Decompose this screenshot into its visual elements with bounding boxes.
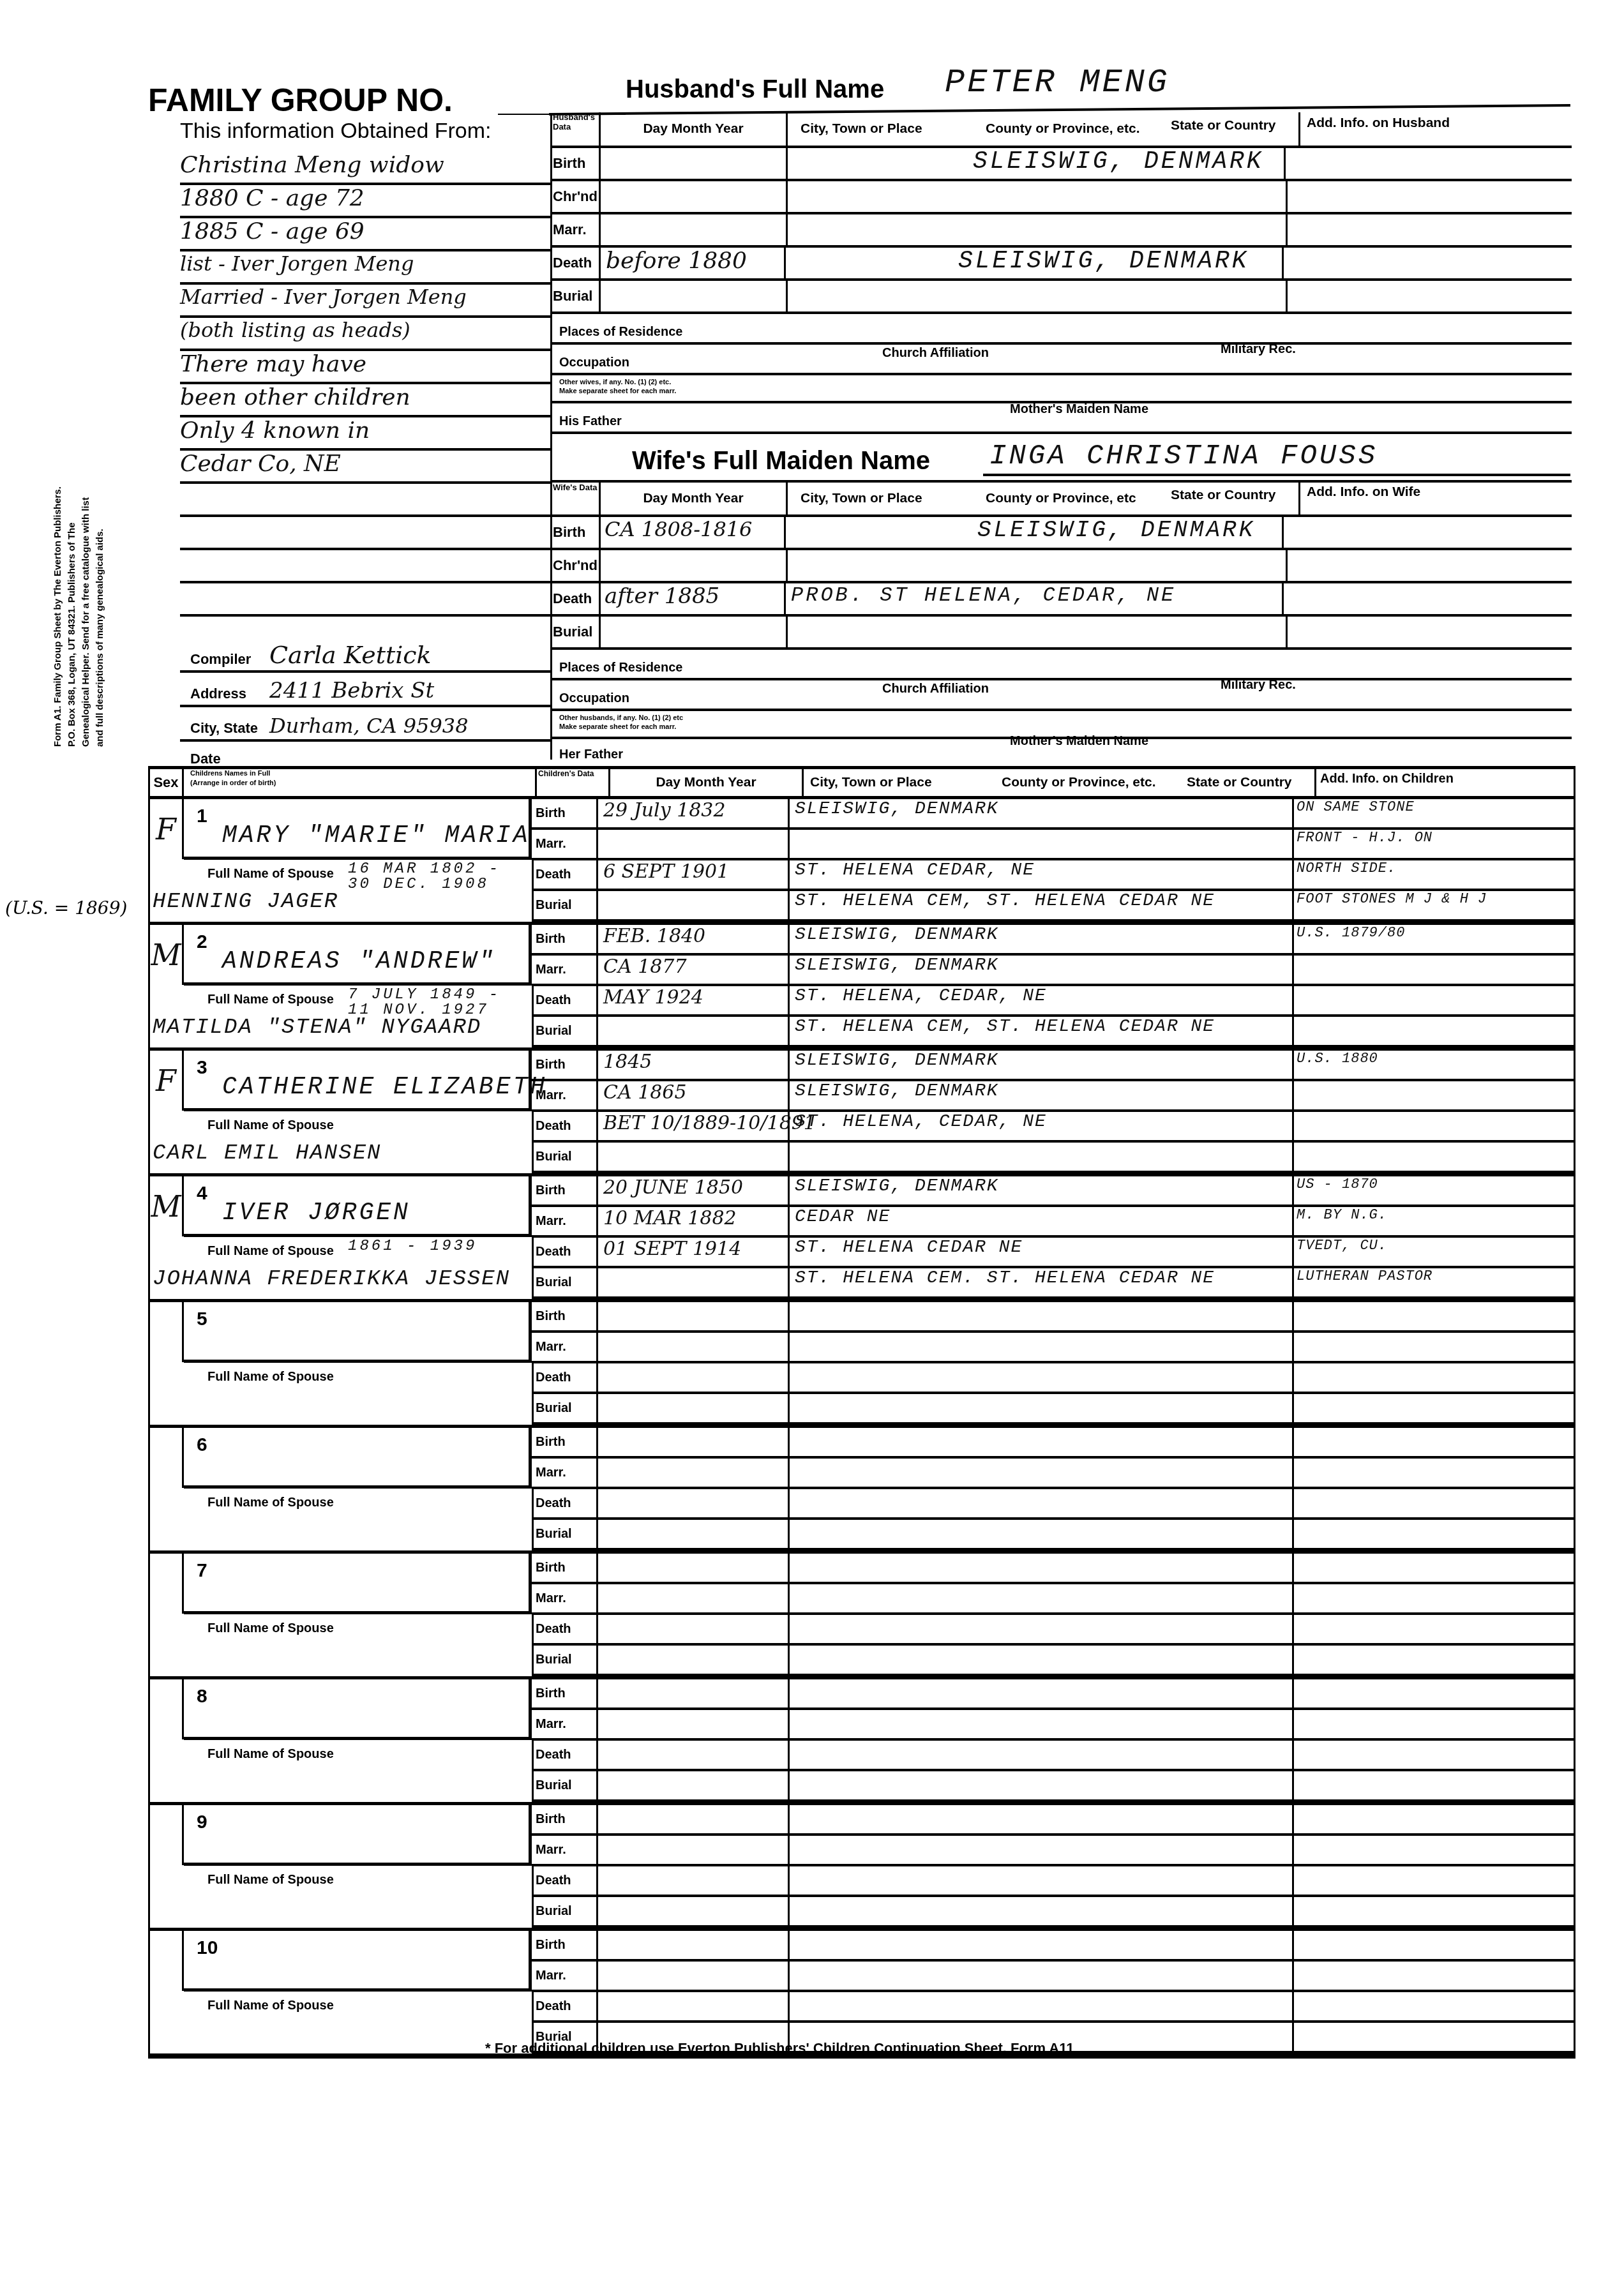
spouse-label: Full Name of Spouse [207, 867, 334, 882]
event-date[interactable]: FEB. 1840 [598, 925, 790, 953]
event-label: Death [532, 1238, 598, 1266]
child-event-row: Death BET 10/1889-10/1891 ST. HELENA, CE… [532, 1112, 1574, 1143]
col-info: Add. Info. on Husband [1300, 112, 1572, 146]
event-label: Death [532, 1615, 598, 1643]
event-date[interactable] [598, 1333, 790, 1361]
event-date[interactable] [598, 1679, 790, 1707]
child-sex[interactable]: F [150, 799, 182, 859]
event-label: Marr. [532, 1836, 598, 1864]
margin-note: (U.S. = 1869) [5, 897, 127, 919]
compiler-label: Compiler [190, 651, 251, 668]
event-info[interactable] [1294, 1394, 1574, 1422]
event-info[interactable]: FRONT - H.J. ON [1294, 830, 1574, 858]
husband-row-christening: Chr'nd [550, 181, 1572, 214]
event-label: Death [532, 1112, 598, 1140]
source-line[interactable]: 1885 C - age 69 [180, 218, 550, 251]
event-info[interactable] [1294, 1081, 1574, 1109]
child-number: 2 [197, 931, 207, 953]
event-label: Marr. [532, 956, 598, 984]
city-state-label: City, State [190, 720, 258, 737]
event-date[interactable] [598, 1363, 790, 1392]
event-place[interactable]: ST. HELENA CEM. ST. HELENA CEDAR NE [790, 1268, 1294, 1296]
col-info: Add. Info. on Children [1316, 769, 1574, 796]
child-event-row: Marr. [532, 1962, 1574, 1992]
source-line[interactable]: been other children [180, 384, 550, 417]
event-place[interactable] [790, 1741, 1294, 1769]
spouse-label: Full Name of Spouse [207, 1873, 334, 1887]
event-info[interactable]: NORTH SIDE. [1294, 860, 1574, 889]
event-date[interactable] [598, 1143, 790, 1171]
col-names: Childrens Names in Full [190, 769, 535, 779]
event-place[interactable]: SLEISWIG, DENMARK [790, 1051, 1294, 1079]
child-event-row: Death [532, 1489, 1574, 1520]
child-event-row: Burial [532, 1771, 1574, 1802]
event-place[interactable] [790, 1302, 1294, 1330]
col-city: City, Town or Place [788, 491, 986, 506]
event-label: Death [532, 1866, 598, 1895]
event-place[interactable] [790, 1363, 1294, 1392]
spouse-label: Full Name of Spouse [207, 1496, 334, 1510]
event-place[interactable] [790, 1554, 1294, 1582]
husband-row-burial: Burial [550, 281, 1572, 314]
child-entry-9: 9 Full Name of Spouse Birth Marr. Death … [150, 1805, 1574, 1931]
child-number: 8 [197, 1686, 207, 1707]
wife-residence-row[interactable]: Places of Residence [550, 650, 1572, 680]
event-place[interactable]: ST. HELENA, CEDAR, NE [790, 1112, 1294, 1140]
date-label: Date [190, 751, 221, 767]
child-event-row: Burial [532, 1520, 1574, 1550]
sources-list: Christina Meng widow 1880 C - age 72 188… [180, 152, 550, 617]
event-date[interactable] [598, 1710, 790, 1738]
address-value[interactable]: 2411 Bebrix St [269, 678, 434, 703]
event-info[interactable] [1294, 2023, 1574, 2051]
event-info[interactable] [1294, 1805, 1574, 1833]
event-info[interactable] [1294, 1143, 1574, 1171]
child-event-row: Burial ST. HELENA CEM, ST. HELENA CEDAR … [532, 891, 1574, 922]
event-place[interactable]: ST. HELENA CEDAR NE [790, 1238, 1294, 1266]
event-label: Marr. [532, 1962, 598, 1990]
event-info[interactable] [1294, 1771, 1574, 1799]
child-event-row: Birth [532, 1302, 1574, 1333]
event-date[interactable]: 29 July 1832 [598, 799, 790, 827]
form-title: FAMILY GROUP NO. [148, 82, 453, 119]
event-label: Burial [532, 1017, 598, 1045]
child-event-row: Birth [532, 1931, 1574, 1962]
event-label: Birth [532, 1428, 598, 1456]
event-label: Birth [532, 1805, 598, 1833]
event-info[interactable] [1294, 956, 1574, 984]
source-line[interactable]: list - Iver Jorgen Meng [180, 251, 550, 285]
spouse-name[interactable]: HENNING JAGER [153, 890, 338, 914]
child-number: 3 [197, 1057, 207, 1079]
event-place[interactable] [790, 1520, 1294, 1548]
child-entry-1: F 1 MARY "MARIE" MARIA Full Name of Spou… [150, 799, 1574, 925]
spouse-label: Full Name of Spouse [207, 1999, 334, 2013]
husband-parents-row[interactable]: His Father Mother's Maiden Name [550, 403, 1572, 434]
event-place[interactable] [790, 1489, 1294, 1517]
event-date[interactable] [598, 1394, 790, 1422]
event-date[interactable] [598, 1805, 790, 1833]
spouse-label: Full Name of Spouse [207, 1621, 334, 1636]
source-line[interactable]: Married - Iver Jorgen Meng [180, 285, 550, 318]
husband-other-wives-row[interactable]: Other wives, if any. No. (1) (2) etc. Ma… [550, 375, 1572, 403]
event-label: Burial [532, 1646, 598, 1674]
event-info[interactable] [1294, 1836, 1574, 1864]
husband-residence-row[interactable]: Places of Residence [550, 314, 1572, 345]
child-event-row: Death 01 SEPT 1914 ST. HELENA CEDAR NE T… [532, 1238, 1574, 1268]
event-info[interactable] [1294, 1710, 1574, 1738]
event-place[interactable]: ST. HELENA, CEDAR, NE [790, 986, 1294, 1014]
wife-name-label: Wife's Full Maiden Name [632, 447, 930, 476]
event-date[interactable]: CA 1877 [598, 956, 790, 984]
child-sex[interactable]: M [150, 1176, 182, 1236]
child-event-row: Burial [532, 1143, 1574, 1173]
child-entry-5: 5 Full Name of Spouse Birth Marr. Death … [150, 1302, 1574, 1428]
event-info[interactable] [1294, 1897, 1574, 1925]
child-event-row: Birth [532, 1805, 1574, 1836]
event-place[interactable] [790, 1615, 1294, 1643]
event-place[interactable]: CEDAR NE [790, 1207, 1294, 1235]
child-event-row: Birth 29 July 1832 SLEISWIG, DENMARK ON … [532, 799, 1574, 830]
event-info[interactable] [1294, 1489, 1574, 1517]
event-label: Death [532, 1741, 598, 1769]
child-event-row: Death [532, 1992, 1574, 2023]
event-label: Birth [532, 1931, 598, 1959]
event-info[interactable]: LUTHERAN PASTOR [1294, 1268, 1574, 1296]
event-date[interactable] [598, 1836, 790, 1864]
event-info[interactable] [1294, 1646, 1574, 1674]
child-event-row: Burial ST. HELENA CEM. ST. HELENA CEDAR … [532, 1268, 1574, 1299]
child-event-row: Burial [532, 1646, 1574, 1676]
child-entry-4: M 4 IVER JØRGEN Full Name of Spouse 1861… [150, 1176, 1574, 1302]
spouse-name[interactable]: MATILDA "STENA" NYGAARD [153, 1016, 481, 1040]
source-line[interactable]: Christina Meng widow [180, 152, 550, 185]
event-date[interactable] [598, 1992, 790, 2020]
child-entry-7: 7 Full Name of Spouse Birth Marr. Death … [150, 1554, 1574, 1679]
child-name[interactable]: ANDREAS "ANDREW" [222, 948, 496, 975]
event-place[interactable] [790, 1428, 1294, 1456]
spouse-dates[interactable]: 1861 - 1939 [348, 1239, 520, 1254]
source-line-blank[interactable] [180, 550, 550, 583]
event-date[interactable] [598, 891, 790, 919]
col-city: City, Town or Place [804, 769, 1002, 796]
event-date[interactable] [598, 1268, 790, 1296]
source-line[interactable]: (both listing as heads) [180, 318, 550, 351]
event-label: Death [532, 1363, 598, 1392]
child-event-row: Marr. [532, 1710, 1574, 1741]
event-label: Birth [532, 799, 598, 827]
event-place[interactable] [790, 1897, 1294, 1925]
source-line[interactable]: Only 4 known in [180, 417, 550, 451]
col-county: County or Province, etc. [1002, 769, 1187, 796]
event-info[interactable] [1294, 1112, 1574, 1140]
event-label: Birth [532, 1554, 598, 1582]
event-date[interactable] [598, 1302, 790, 1330]
husband-table: Husband's Data Day Month Year City, Town… [550, 112, 1572, 434]
child-event-row: Death [532, 1615, 1574, 1646]
wife-row-burial: Burial [550, 617, 1572, 650]
event-place[interactable] [790, 1459, 1294, 1487]
event-info[interactable]: TVEDT, CU. [1294, 1238, 1574, 1266]
wife-data-header: Wife's Data [550, 483, 601, 514]
child-event-row: Death [532, 1363, 1574, 1394]
event-place[interactable]: SLEISWIG, DENMARK [790, 1081, 1294, 1109]
child-event-row: Marr. [532, 1459, 1574, 1489]
event-label: Death [532, 860, 598, 889]
wife-name-value[interactable]: INGA CHRISTINA FOUSS [989, 440, 1378, 472]
event-label: Birth [532, 1302, 598, 1330]
husband-row-marriage: Marr. [550, 214, 1572, 248]
event-label: Burial [532, 1897, 598, 1925]
col-state: State or Country [1171, 112, 1300, 146]
child-entry-8: 8 Full Name of Spouse Birth Marr. Death … [150, 1679, 1574, 1805]
event-date[interactable] [598, 1771, 790, 1799]
event-label: Death [532, 986, 598, 1014]
child-entry-3: F 3 CATHERINE ELIZABETH Full Name of Spo… [150, 1051, 1574, 1176]
event-date[interactable] [598, 830, 790, 858]
child-event-row: Birth [532, 1554, 1574, 1584]
event-label: Marr. [532, 1459, 598, 1487]
event-info[interactable]: M. BY N.G. [1294, 1207, 1574, 1235]
spouse-label: Full Name of Spouse [207, 1244, 334, 1259]
event-info[interactable] [1294, 1459, 1574, 1487]
child-event-row: Birth 20 JUNE 1850 SLEISWIG, DENMARK US … [532, 1176, 1574, 1207]
event-place[interactable]: SLEISWIG, DENMARK [790, 799, 1294, 827]
event-place[interactable] [790, 1805, 1294, 1833]
event-place[interactable] [790, 830, 1294, 858]
event-date[interactable] [598, 1017, 790, 1045]
husband-name-label: Husband's Full Name [626, 75, 884, 104]
source-line[interactable]: 1880 C - age 72 [180, 185, 550, 218]
event-date[interactable]: CA 1865 [598, 1081, 790, 1109]
event-place[interactable] [790, 1962, 1294, 1990]
child-number: 6 [197, 1434, 207, 1456]
event-date[interactable] [598, 1962, 790, 1990]
event-label: Marr. [532, 1081, 598, 1109]
event-info[interactable] [1294, 1363, 1574, 1392]
event-place[interactable] [790, 1866, 1294, 1895]
event-date[interactable]: 10 MAR 1882 [598, 1207, 790, 1235]
children-table: Sex Childrens Names in Full (Arrange in … [148, 766, 1575, 2059]
event-info[interactable] [1294, 1866, 1574, 1895]
child-number: 10 [197, 1937, 218, 1959]
child-name[interactable]: CATHERINE ELIZABETH [222, 1074, 547, 1101]
event-date[interactable] [598, 1489, 790, 1517]
event-info[interactable] [1294, 986, 1574, 1014]
col-state: State or Country [1171, 483, 1300, 514]
col-city: City, Town or Place [788, 121, 986, 137]
child-event-row: Death 6 SEPT 1901 ST. HELENA CEDAR, NE N… [532, 860, 1574, 891]
col-state: State or Country [1187, 769, 1316, 796]
event-label: Marr. [532, 1584, 598, 1612]
event-date[interactable]: 1845 [598, 1051, 790, 1079]
child-event-row: Birth 1845 SLEISWIG, DENMARK U.S. 1880 [532, 1051, 1574, 1081]
event-place[interactable]: ST. HELENA CEM, ST. HELENA CEDAR NE [790, 1017, 1294, 1045]
source-line[interactable]: There may have [180, 351, 550, 384]
event-place[interactable] [790, 1333, 1294, 1361]
event-date[interactable] [598, 1584, 790, 1612]
child-event-row: Birth [532, 1679, 1574, 1710]
compiler-value[interactable]: Carla Kettick [269, 641, 432, 669]
col-county: County or Province, etc. [986, 121, 1171, 137]
wife-row-birth: Birth CA 1808-1816 SLEISWIG, DENMARK [550, 517, 1572, 550]
event-info[interactable] [1294, 1962, 1574, 1990]
spouse-name[interactable]: JOHANNA FREDERIKKA JESSEN [153, 1267, 510, 1291]
event-date[interactable] [598, 1615, 790, 1643]
wife-occupation-row[interactable]: Occupation Church Affiliation Military R… [550, 680, 1572, 711]
event-info[interactable] [1294, 1554, 1574, 1582]
child-number: 9 [197, 1812, 207, 1833]
husband-row-death: Death before 1880 SLEISWIG, DENMARK [550, 248, 1572, 281]
event-place[interactable] [790, 1584, 1294, 1612]
spouse-label: Full Name of Spouse [207, 1118, 334, 1133]
obtained-from-label: This information Obtained From: [180, 119, 492, 144]
event-date[interactable]: 01 SEPT 1914 [598, 1238, 790, 1266]
child-event-row: Burial [532, 1897, 1574, 1928]
event-info[interactable] [1294, 1992, 1574, 2020]
wife-table: Wife's Data Day Month Year City, Town or… [550, 480, 1572, 765]
event-date[interactable]: 6 SEPT 1901 [598, 860, 790, 889]
spouse-label: Full Name of Spouse [207, 993, 334, 1007]
child-event-row: Marr. CA 1865 SLEISWIG, DENMARK [532, 1081, 1574, 1112]
event-info[interactable]: US - 1870 [1294, 1176, 1574, 1205]
event-place[interactable]: SLEISWIG, DENMARK [790, 956, 1294, 984]
event-label: Marr. [532, 1710, 598, 1738]
wife-row-christening: Chr'nd [550, 550, 1572, 583]
husband-data-header: Husband's Data [550, 112, 601, 146]
event-date[interactable]: 20 JUNE 1850 [598, 1176, 790, 1205]
event-place[interactable] [790, 1143, 1294, 1171]
husband-row-birth: Birth SLEISWIG, DENMARK [550, 148, 1572, 181]
source-line[interactable]: Cedar Co, NE [180, 451, 550, 484]
child-name[interactable]: MARY "MARIE" MARIA [222, 822, 530, 850]
event-info[interactable] [1294, 1615, 1574, 1643]
event-place[interactable] [790, 1931, 1294, 1959]
col-date: Day Month Year [610, 769, 804, 796]
event-date[interactable]: MAY 1924 [598, 986, 790, 1014]
spouse-label: Full Name of Spouse [207, 1370, 334, 1385]
event-place[interactable] [790, 1394, 1294, 1422]
event-place[interactable] [790, 1771, 1294, 1799]
children-rows: F 1 MARY "MARIE" MARIA Full Name of Spou… [150, 799, 1574, 2057]
spouse-label: Full Name of Spouse [207, 1747, 334, 1762]
event-place[interactable]: SLEISWIG, DENMARK [790, 925, 1294, 953]
child-event-row: Death [532, 1866, 1574, 1897]
event-date[interactable] [598, 1459, 790, 1487]
event-date[interactable] [598, 1554, 790, 1582]
wife-row-death: Death after 1885 PROB. ST HELENA, CEDAR,… [550, 583, 1572, 617]
child-event-row: Burial ST. HELENA CEM, ST. HELENA CEDAR … [532, 1017, 1574, 1047]
child-sex[interactable]: M [150, 925, 182, 985]
event-info[interactable] [1294, 1741, 1574, 1769]
event-place[interactable]: ST. HELENA CEDAR, NE [790, 860, 1294, 889]
event-place[interactable] [790, 1679, 1294, 1707]
event-label: Birth [532, 925, 598, 953]
child-number: 7 [197, 1560, 207, 1582]
child-number: 1 [197, 806, 207, 827]
event-info[interactable] [1294, 1428, 1574, 1456]
event-info[interactable] [1294, 1017, 1574, 1045]
event-info[interactable]: FOOT STONES M J & H J [1294, 891, 1574, 919]
event-label: Birth [532, 1176, 598, 1205]
child-entry-2: M 2 ANDREAS "ANDREW" Full Name of Spouse… [150, 925, 1574, 1051]
event-place[interactable]: SLEISWIG, DENMARK [790, 1176, 1294, 1205]
address-label: Address [190, 686, 246, 702]
event-date[interactable] [598, 1520, 790, 1548]
child-event-row: Death MAY 1924 ST. HELENA, CEDAR, NE [532, 986, 1574, 1017]
child-event-row: Marr. [532, 1333, 1574, 1363]
col-date: Day Month Year [601, 483, 788, 514]
source-line-blank[interactable] [180, 517, 550, 550]
city-state-value[interactable]: Durham, CA 95938 [269, 714, 469, 738]
event-date[interactable] [598, 1931, 790, 1959]
spouse-dates[interactable]: 16 MAR 1802 - 30 DEC. 1908 [348, 862, 520, 892]
child-event-row: Marr. FRONT - H.J. ON [532, 830, 1574, 860]
wife-parents-row[interactable]: Her Father Mother's Maiden Name [550, 739, 1572, 765]
event-date[interactable]: BET 10/1889-10/1891 [598, 1112, 790, 1140]
event-info[interactable] [1294, 1333, 1574, 1361]
source-line-blank[interactable] [180, 583, 550, 617]
event-date[interactable] [598, 1866, 790, 1895]
event-date[interactable] [598, 1428, 790, 1456]
child-event-row: Birth FEB. 1840 SLEISWIG, DENMARK U.S. 1… [532, 925, 1574, 956]
event-info[interactable]: ON SAME STONE [1294, 799, 1574, 827]
compiler-block: Compiler Carla Kettick Address 2411 Bebr… [180, 638, 550, 770]
child-event-row: Marr. 10 MAR 1882 CEDAR NE M. BY N.G. [532, 1207, 1574, 1238]
child-event-row: Burial [532, 1394, 1574, 1425]
event-label: Marr. [532, 1333, 598, 1361]
event-info[interactable]: U.S. 1880 [1294, 1051, 1574, 1079]
husband-name-value[interactable]: PETER MENG [945, 64, 1169, 101]
event-place[interactable] [790, 1992, 1294, 2020]
child-name[interactable]: IVER JØRGEN [222, 1199, 410, 1227]
spouse-name[interactable]: CARL EMIL HANSEN [153, 1141, 381, 1166]
footer-note: * For additional children use Everton Pu… [485, 2040, 1074, 2057]
event-place[interactable] [790, 1710, 1294, 1738]
event-info[interactable] [1294, 1931, 1574, 1959]
husband-occupation-row[interactable]: Occupation Church Affiliation Military R… [550, 345, 1572, 375]
event-info[interactable]: U.S. 1879/80 [1294, 925, 1574, 953]
event-label: Burial [532, 1268, 598, 1296]
event-info[interactable] [1294, 1302, 1574, 1330]
event-date[interactable] [598, 1646, 790, 1674]
col-data: Children's Data [537, 769, 610, 796]
child-event-row: Death [532, 1741, 1574, 1771]
col-county: County or Province, etc [986, 491, 1171, 506]
child-event-row: Birth [532, 1428, 1574, 1459]
event-label: Birth [532, 1679, 598, 1707]
event-label: Marr. [532, 830, 598, 858]
child-sex[interactable]: F [150, 1051, 182, 1111]
event-date[interactable] [598, 1897, 790, 1925]
child-entry-6: 6 Full Name of Spouse Birth Marr. Death … [150, 1428, 1574, 1554]
event-place[interactable] [790, 1646, 1294, 1674]
event-label: Death [532, 1992, 598, 2020]
event-date[interactable] [598, 1741, 790, 1769]
event-label: Burial [532, 1394, 598, 1422]
event-info[interactable] [1294, 1679, 1574, 1707]
child-event-row: Marr. [532, 1836, 1574, 1866]
event-label: Burial [532, 1520, 598, 1548]
event-label: Burial [532, 1143, 598, 1171]
event-info[interactable] [1294, 1520, 1574, 1548]
spouse-dates[interactable]: 7 JULY 1849 - 11 NOV. 1927 [348, 987, 520, 1018]
source-line-blank[interactable] [180, 484, 550, 517]
event-place[interactable]: ST. HELENA CEM, ST. HELENA CEDAR NE [790, 891, 1294, 919]
child-event-row: Marr. CA 1877 SLEISWIG, DENMARK [532, 956, 1574, 986]
event-place[interactable] [790, 1836, 1294, 1864]
event-info[interactable] [1294, 1584, 1574, 1612]
